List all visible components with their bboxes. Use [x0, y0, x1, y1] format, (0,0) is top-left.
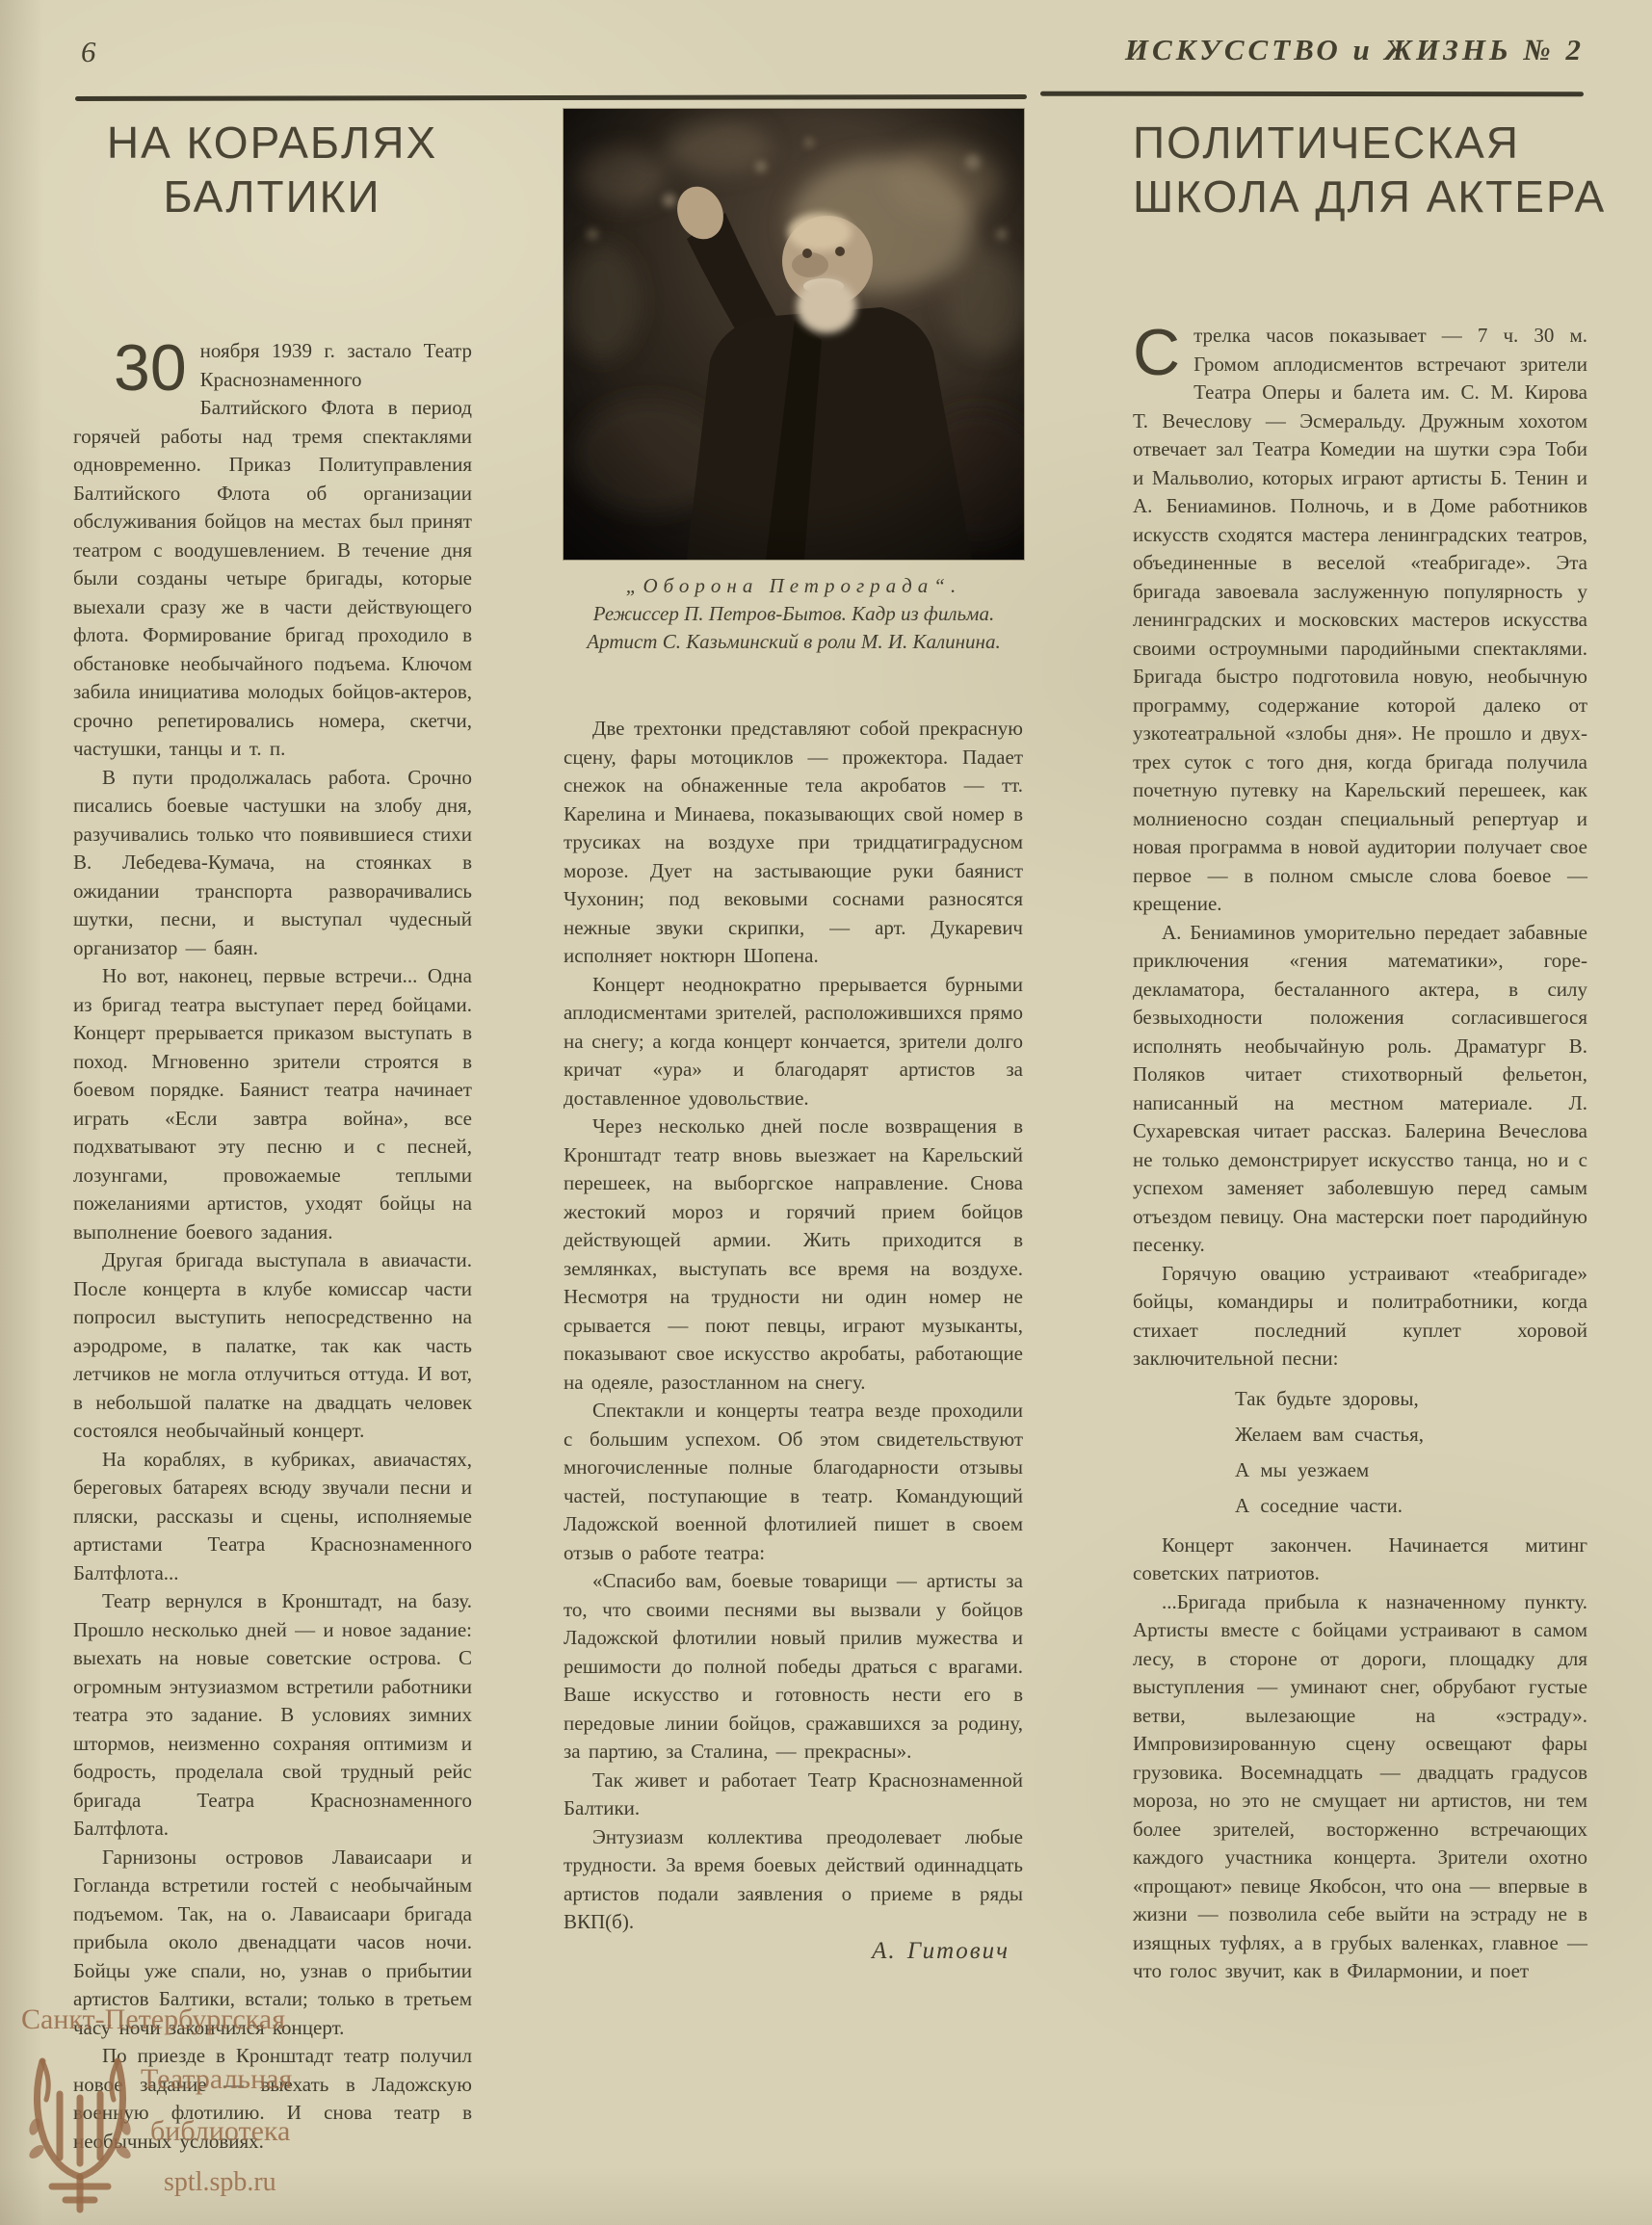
headline-political-school: ПОЛИТИЧЕСКАЯ ШКОЛА ДЛЯ АКТЕРА: [1133, 116, 1634, 223]
column-middle: Две трехтонки представляют собой прекрас…: [564, 715, 1023, 1965]
paragraph: Через несколько дней после возвращения в…: [564, 1112, 1023, 1397]
paragraph: В пути продолжалась работа. Срочно писал…: [73, 764, 472, 963]
paragraph: Театр вернулся в Кронштадт, на базу. Про…: [73, 1587, 472, 1844]
verse-line: Так будьте здоровы,: [1235, 1381, 1587, 1417]
watermark-line: Театральная: [141, 2063, 292, 2096]
journal-title: ИСКУССТВО и ЖИЗНЬ № 2: [1125, 33, 1585, 67]
paragraph-group: Две трехтонки представляют собой прекрас…: [564, 715, 1023, 1937]
paragraph: Горячую овацию устраивают «теабригаде» б…: [1133, 1260, 1587, 1374]
paragraph: 30 ноября 1939 г. застало Театр Краснозн…: [73, 337, 472, 764]
verse-line: Желаем вам счастья,: [1235, 1417, 1587, 1453]
magazine-page: 6 ИСКУССТВО и ЖИЗНЬ № 2 НА КОРАБЛЯХ БАЛТ…: [0, 0, 1652, 2225]
dropcap-30: 30: [114, 337, 200, 396]
song-verse: Так будьте здоровы,Желаем вам счастья,А …: [1235, 1381, 1587, 1524]
verse-line: А мы уезжаем: [1235, 1453, 1587, 1488]
paragraph-group: В пути продолжалась работа. Срочно писал…: [73, 764, 472, 2157]
caption-text: Режиссер П. Петров-Бытов. Кадр из фильма…: [587, 602, 1000, 653]
column-right: С трелка часов показывает — 7 ч. 30 м. Г…: [1133, 322, 1587, 1986]
film-still-photo: [564, 109, 1024, 560]
paragraph: Так живет и работает Театр Краснознаменн…: [564, 1767, 1023, 1823]
film-still-illustration: [564, 109, 1024, 560]
paragraph: «Спасибо вам, боевые товарищи — артисты …: [564, 1567, 1023, 1767]
headline-line: ШКОЛА ДЛЯ АКТЕРА: [1133, 170, 1634, 223]
paragraph: Спектакли и концерты театра везде проход…: [564, 1397, 1023, 1567]
watermark-line: библиотека: [150, 2115, 290, 2148]
headline-baltic-ships: НА КОРАБЛЯХ БАЛТИКИ: [72, 116, 472, 223]
paragraph: На кораблях, в кубриках, авиачастях, бер…: [73, 1446, 472, 1588]
photo-caption: „Оборона Петрограда“. Режиссер П. Петров…: [564, 572, 1024, 656]
paragraph: А. Бениаминов уморительно передает забав…: [1133, 919, 1587, 1260]
lyre-icon: [23, 2044, 137, 2217]
column-left: 30 ноября 1939 г. застало Театр Краснозн…: [73, 337, 472, 2156]
paragraph: ...Бригада прибыла к назначенному пункту…: [1133, 1588, 1587, 1986]
verse-line: А соседние части.: [1235, 1488, 1587, 1524]
paragraph-group: А. Бениаминов уморительно передает забав…: [1133, 919, 1587, 1374]
watermark-line: Санкт-Петербургская: [21, 2003, 285, 2036]
paragraph: Другая бригада выступала в авиачасти. По…: [73, 1246, 472, 1446]
headline-line: БАЛТИКИ: [72, 170, 472, 223]
watermark-url: sptl.spb.ru: [164, 2167, 276, 2198]
paragraph-text: трелка часов показывает — 7 ч. 30 м. Гро…: [1133, 324, 1587, 915]
author-signature: А. Гитович: [564, 1937, 1023, 1966]
paragraph: Но вот, наконец, первые встречи... Одна …: [73, 962, 472, 1246]
paragraph: Энтузиазм коллектива преодолевает любые …: [564, 1823, 1023, 1937]
dropcap-s: С: [1133, 322, 1193, 380]
caption-film-title: „Оборона Петрограда“.: [564, 572, 1024, 600]
paragraph-group: Концерт закончен. Начинается митинг сове…: [1133, 1531, 1587, 1986]
page-number: 6: [81, 35, 96, 69]
library-watermark: Санкт-Петербургская Театральная: [8, 2002, 364, 2223]
paragraph: С трелка часов показывает — 7 ч. 30 м. Г…: [1133, 322, 1587, 919]
header-rule-left: [75, 94, 1027, 101]
headline-line: НА КОРАБЛЯХ: [72, 116, 472, 170]
header-rule-right: [1040, 92, 1584, 96]
paragraph: Концерт неоднократно прерывается бурными…: [564, 971, 1023, 1113]
paragraph: Концерт закончен. Начинается митинг сове…: [1133, 1531, 1587, 1588]
headline-line: ПОЛИТИЧЕСКАЯ: [1133, 116, 1634, 170]
paragraph: Две трехтонки представляют собой прекрас…: [564, 715, 1023, 971]
